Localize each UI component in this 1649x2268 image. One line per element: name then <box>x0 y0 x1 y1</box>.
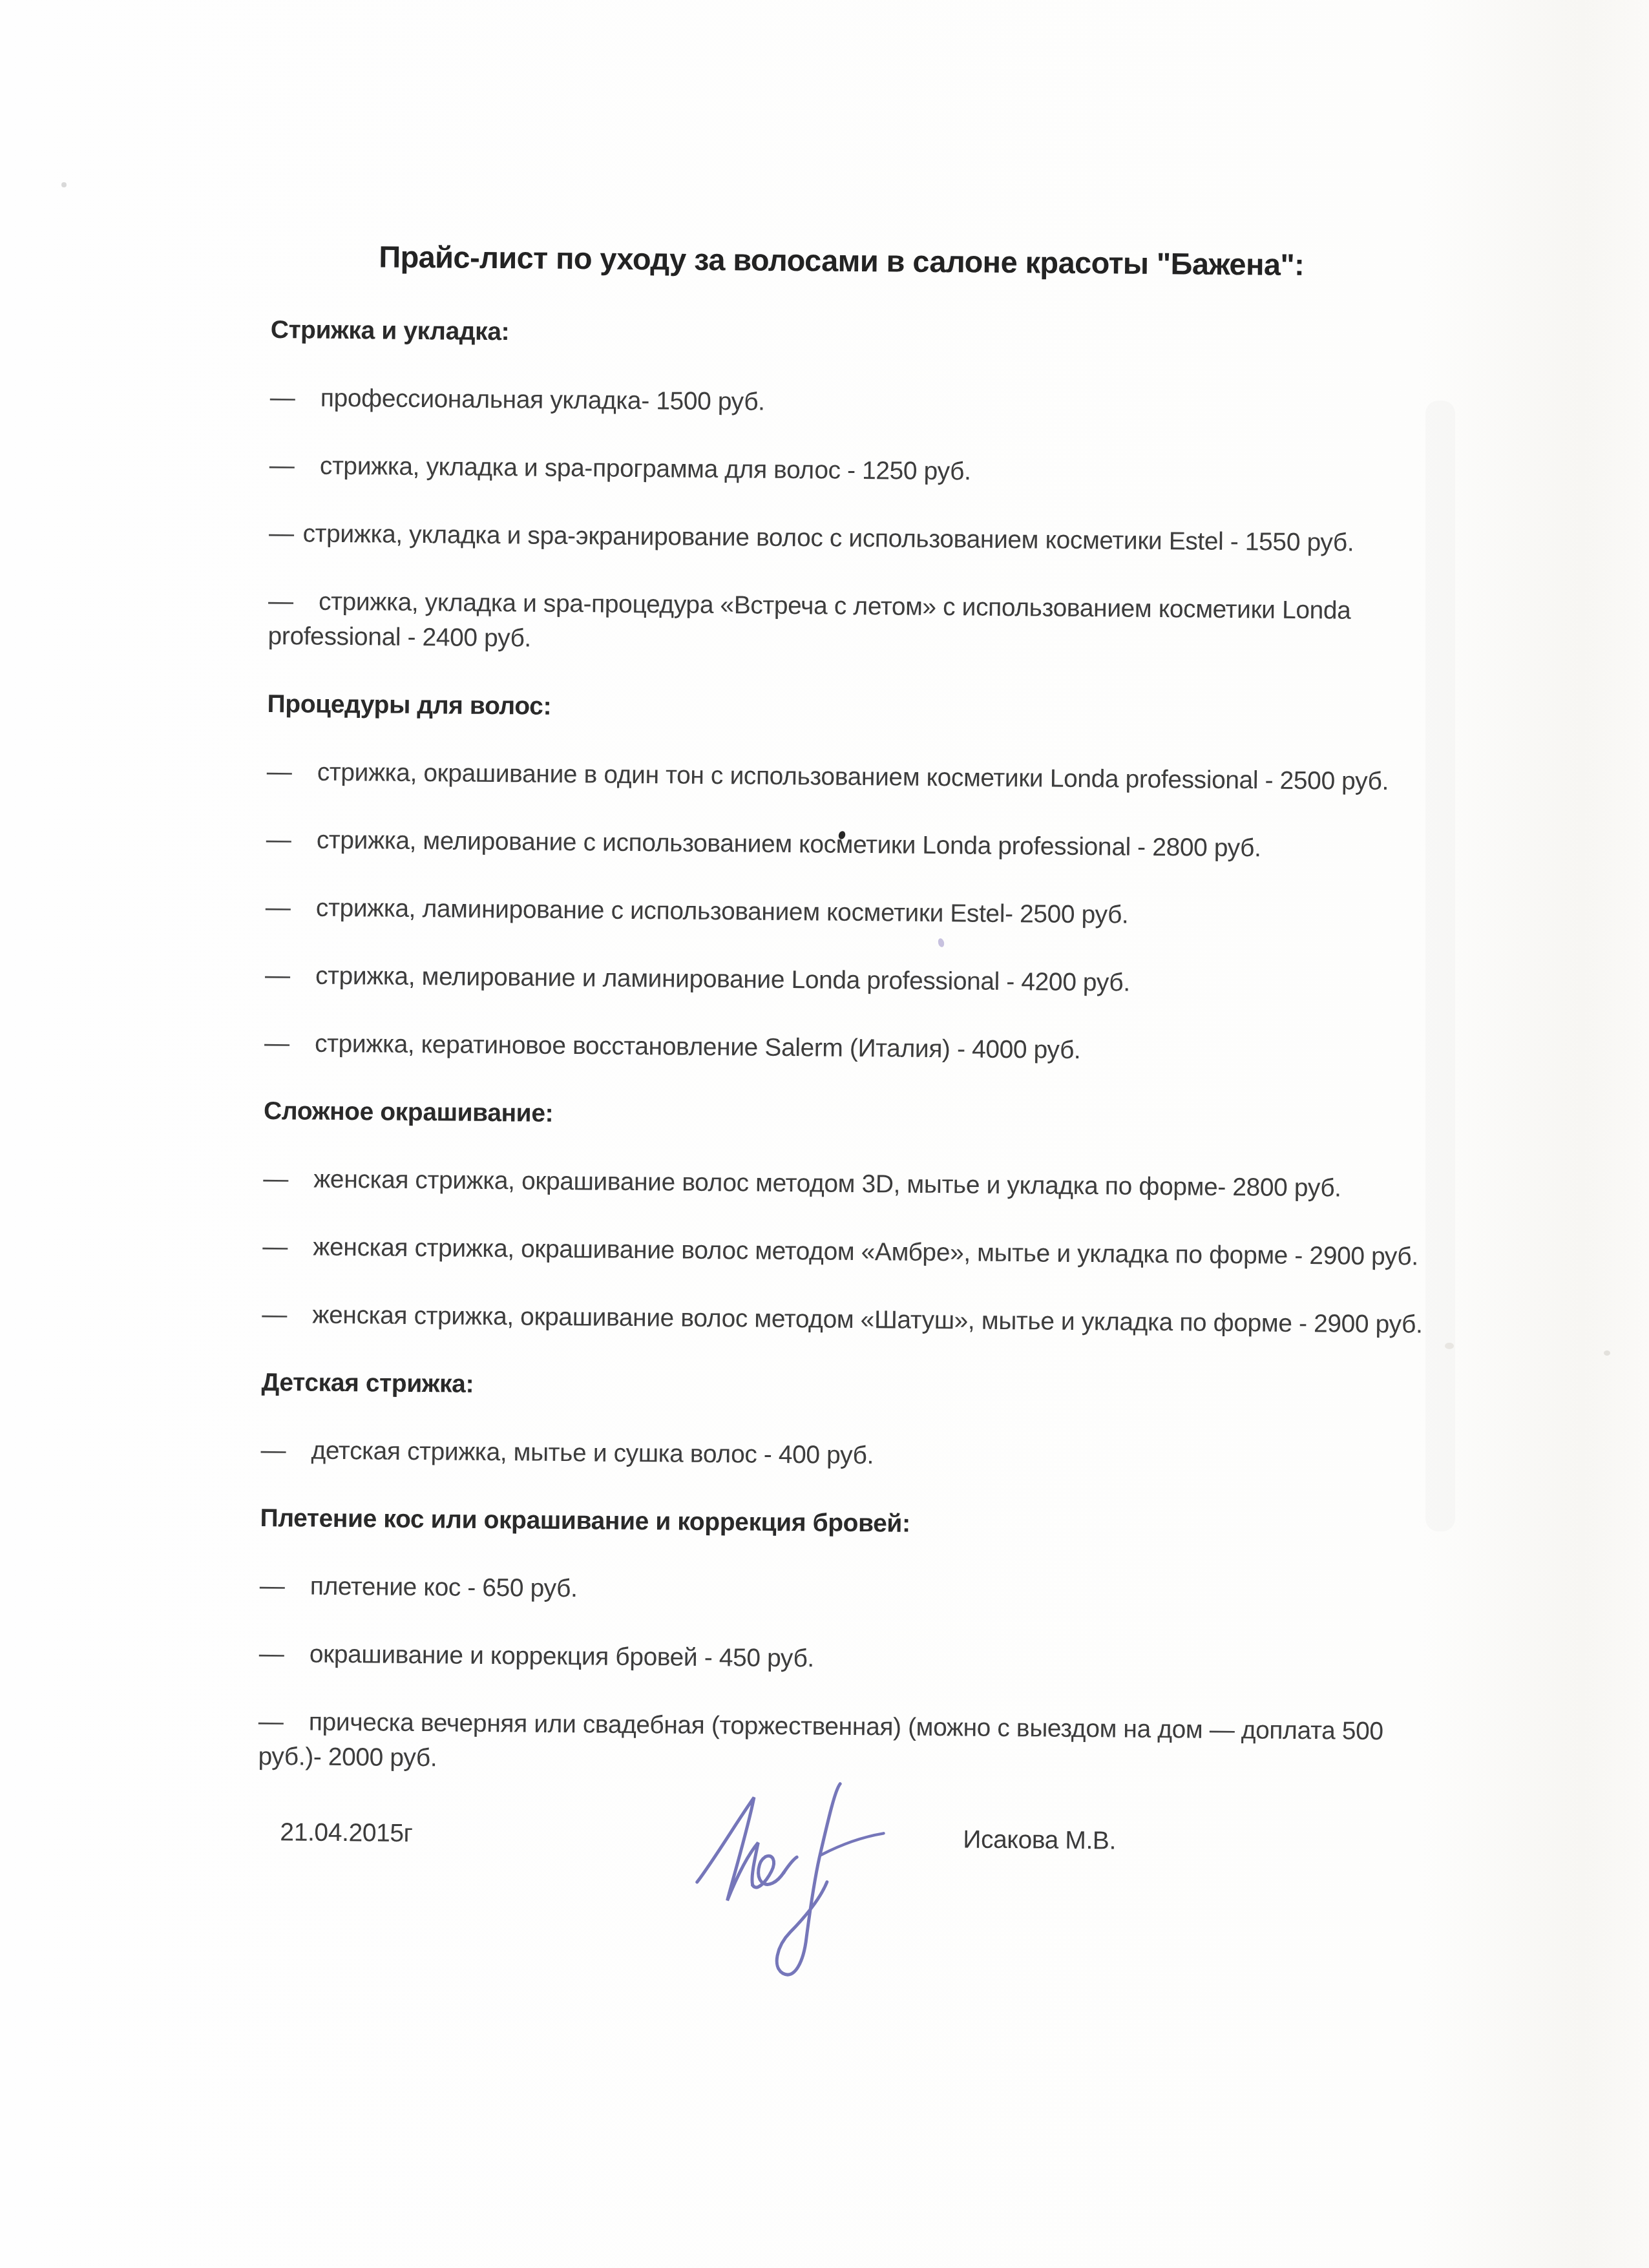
list-item: —профессиональная укладка- 1500 руб. <box>270 381 1553 426</box>
scan-artifact <box>1604 1350 1610 1356</box>
list-item: —стрижка, мелирование и ламинирование Lo… <box>265 958 1548 1004</box>
section-heading-hair-procedures: Процедуры для волос: <box>267 687 1549 733</box>
list-item: —стрижка, кератиновое восстановление Sal… <box>264 1026 1547 1072</box>
list-item-text: плетение кос - 650 руб. <box>310 1573 578 1603</box>
document-date: 21.04.2015г <box>280 1818 412 1848</box>
bullet-dash: — <box>267 755 317 790</box>
scan-artifact <box>61 182 67 187</box>
list-item-text: стрижка, кератиновое восстановление Sale… <box>315 1030 1081 1064</box>
bullet-dash: — <box>264 1026 315 1062</box>
list-item: —стрижка, укладка и spa-процедура «Встре… <box>268 584 1551 665</box>
bullet-dash: — <box>269 448 320 484</box>
list-item: —стрижка, ламинирование с использованием… <box>266 890 1548 936</box>
section-heading-haircut-styling: Стрижка и укладка: <box>271 313 1553 359</box>
list-item: —детская стрижка, мытье и сушка волос - … <box>260 1433 1543 1479</box>
section-heading-complex-coloring: Сложное окрашивание: <box>264 1094 1546 1140</box>
list-item-text: женская стрижка, окрашивание волос метод… <box>313 1166 1341 1202</box>
list-item: —прическа вечерняя или свадебная (торжес… <box>258 1705 1541 1785</box>
bullet-dash: — <box>258 1705 309 1740</box>
bullet-dash: — <box>266 823 317 858</box>
list-item: —стрижка, мелирование с использованием к… <box>266 823 1549 868</box>
list-item-text: стрижка, укладка и spa-процедура «Встреч… <box>268 588 1350 653</box>
list-item: —женская стрижка, окрашивание волос мето… <box>262 1230 1545 1276</box>
signee-name: Исакова М.В. <box>963 1825 1116 1855</box>
bullet-dash: — <box>269 516 294 551</box>
scan-artifact <box>1445 1343 1454 1349</box>
list-item-text: стрижка, укладка и spa-программа для вол… <box>320 452 971 486</box>
bullet-dash: — <box>259 1637 310 1672</box>
list-item: —женская стрижка, окрашивание волос мето… <box>263 1162 1546 1208</box>
list-item: —стрижка, окрашивание в один тон с испол… <box>267 755 1549 801</box>
bullet-dash: — <box>262 1230 313 1265</box>
list-item-text: стрижка, окрашивание в один тон с исполь… <box>317 759 1389 795</box>
bullet-dash: — <box>266 890 316 926</box>
list-item: —плетение кос - 650 руб. <box>260 1569 1542 1615</box>
list-item-text: окрашивание и коррекция бровей - 450 руб… <box>310 1641 814 1673</box>
list-item-text: стрижка, мелирование и ламинирование Lon… <box>315 962 1130 997</box>
bullet-dash: — <box>270 381 320 416</box>
page-title: Прайс-лист по уходу за волосами в салоне… <box>271 238 1412 284</box>
list-item: —окрашивание и коррекция бровей - 450 ру… <box>259 1637 1542 1683</box>
bullet-dash: — <box>268 584 319 620</box>
section-heading-kids-haircut: Детская стрижка: <box>261 1365 1544 1411</box>
scanned-page: Прайс-лист по уходу за волосами в салоне… <box>0 0 1649 2268</box>
list-item-text: профессиональная укладка- 1500 руб. <box>320 384 765 416</box>
list-item-text: стрижка, ламинирование с использованием … <box>316 894 1129 929</box>
bullet-dash: — <box>265 958 315 994</box>
list-item-text: стрижка, укладка и spa-экранирование вол… <box>302 520 1354 556</box>
bullet-dash: — <box>260 1569 310 1604</box>
list-item: —женская стрижка, окрашивание волос мето… <box>262 1297 1544 1343</box>
price-list-document: Прайс-лист по уходу за волосами в салоне… <box>256 238 1554 2042</box>
signature-ink <box>686 1774 901 2008</box>
bullet-dash: — <box>263 1162 313 1197</box>
list-item: —стрижка, укладка и spa-программа для во… <box>269 448 1552 494</box>
bullet-dash: — <box>262 1297 312 1333</box>
list-item-text: женская стрижка, окрашивание волос метод… <box>312 1301 1422 1339</box>
section-heading-braids-brows: Плетение кос или окрашивание и коррекция… <box>260 1501 1542 1547</box>
bullet-dash: — <box>260 1433 311 1469</box>
list-item-text: прическа вечерняя или свадебная (торжест… <box>258 1708 1383 1772</box>
list-item-text: детская стрижка, мытье и сушка волос - 4… <box>311 1437 874 1470</box>
list-item: —стрижка, укладка и spa-экранирование во… <box>269 516 1551 562</box>
list-item-text: стрижка, мелирование с использованием ко… <box>317 826 1261 863</box>
document-footer: 21.04.2015г Исакова М.В. <box>256 1818 1540 2042</box>
list-item-text: женская стрижка, окрашивание волос метод… <box>313 1234 1418 1271</box>
